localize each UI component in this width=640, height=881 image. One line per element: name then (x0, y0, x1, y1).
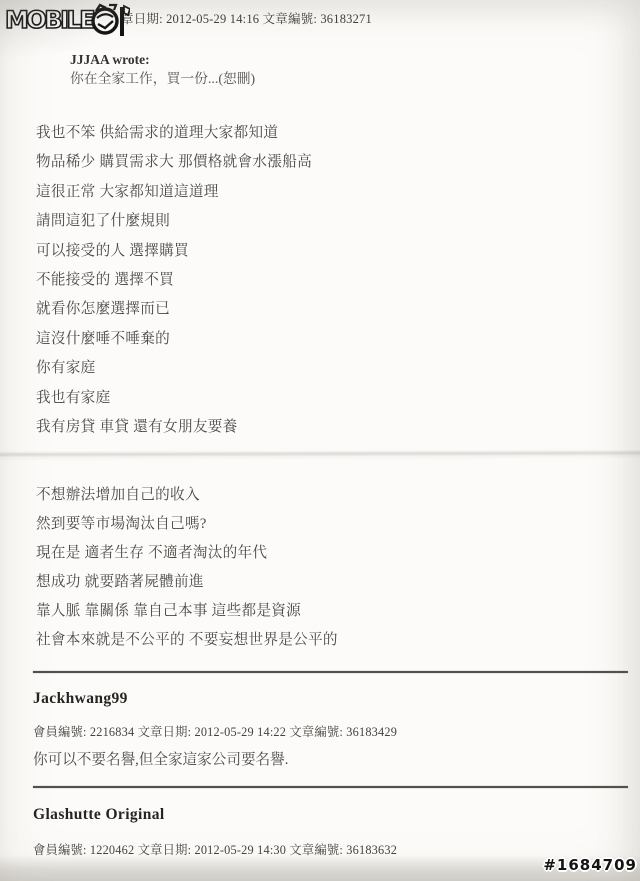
post-line: 我也有家庭 (36, 384, 312, 413)
post-line: 不想辦法增加自己的收入 (36, 481, 338, 510)
scan-fold-divider (0, 449, 640, 458)
username-glashutte-original: Glashutte Original (33, 806, 165, 824)
username-jackhwang99: Jackhwang99 (33, 690, 128, 708)
quote-text: 你在全家工作，買一份...(恕刪) (70, 70, 255, 89)
image-id-watermark: #1684709 (543, 856, 637, 874)
post-meta: 會員編號: 2216834 文章日期: 2012-05-29 14:22 文章編… (33, 722, 397, 740)
mobile01-logo: MOBILE (4, 3, 130, 39)
post-line: 你有家庭 (36, 354, 312, 383)
post-body-section-2: 不想辦法增加自己的收入 然到要等市場淘汰自己嗎? 現在是 適者生存 不適者淘汰的… (36, 481, 338, 655)
post-header-meta: 章日期: 2012-05-29 14:16 文章編號: 36183271 (121, 9, 372, 27)
post-line: 社會本來就是不公平的 不要妄想世界是公平的 (36, 626, 338, 655)
post-meta: 會員編號: 1220462 文章日期: 2012-05-29 14:30 文章編… (33, 840, 397, 858)
mobile01-logo-icon: MOBILE (4, 3, 130, 39)
post-line: 就看你怎麼選擇而已 (36, 295, 312, 324)
post-line: 我有房貸 車貸 還有女朋友要養 (36, 413, 312, 442)
post-line: 可以接受的人 選擇購買 (36, 237, 312, 266)
reply-text: 你可以不要名譽,但全家這家公司要名譽. (33, 748, 288, 769)
post-line: 這沒什麼唾不唾棄的 (36, 325, 312, 354)
post-line: 物品稀少 購買需求大 那價格就會水漲船高 (36, 148, 312, 177)
post-line: 我也不笨 供給需求的道理大家都知道 (36, 119, 312, 148)
post-line: 請問這犯了什麼規則 (36, 207, 312, 236)
post-line: 這很正常 大家都知道這道理 (36, 178, 312, 207)
post-separator (33, 671, 628, 673)
post-separator (33, 786, 628, 788)
scanned-forum-page: MOBILE 章日期: 2012-05-29 14:16 文章編號: 36183… (0, 0, 640, 881)
post-line: 想成功 就要踏著屍體前進 (36, 568, 338, 597)
logo-wordmark: MOBILE (5, 6, 94, 34)
logo-one (120, 6, 130, 36)
quote-author: JJJAA wrote: (70, 51, 255, 70)
post-line: 靠人脈 靠關係 靠自己本事 這些都是資源 (36, 597, 338, 626)
post-line: 不能接受的 選擇不買 (36, 266, 312, 295)
post-body-section-1: 我也不笨 供給需求的道理大家都知道 物品稀少 購買需求大 那價格就會水漲船高 這… (36, 119, 312, 442)
post-line: 然到要等市場淘汰自己嗎? (36, 510, 338, 539)
logo-zero-badge (93, 5, 117, 33)
quote-block: JJJAA wrote: 你在全家工作，買一份...(恕刪) (70, 51, 255, 88)
post-line: 現在是 適者生存 不適者淘汰的年代 (36, 539, 338, 568)
